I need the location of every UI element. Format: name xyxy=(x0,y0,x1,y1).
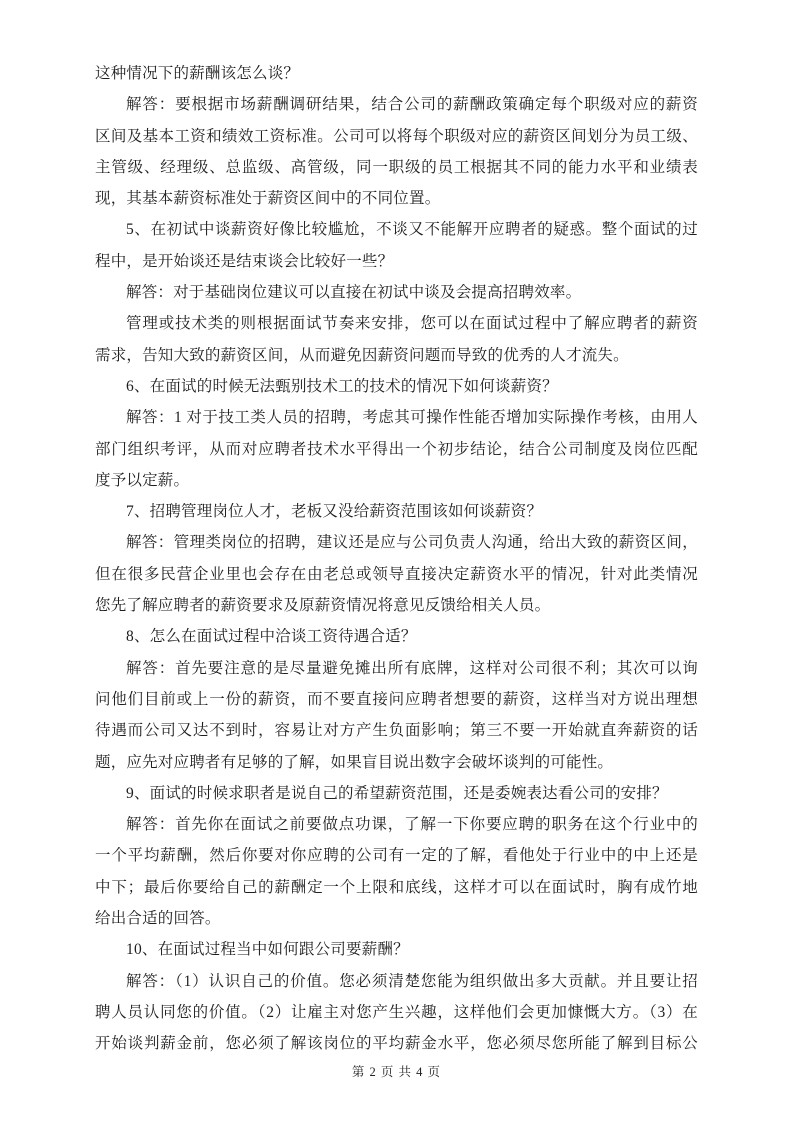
text-line: 聘人员认同您的价值。（2）让雇主对您产生兴趣，这样他们会更加慷慨大方。（3）在 xyxy=(95,997,698,1028)
text-line: 解答：1 对于技工类人员的招聘，考虑其可操作性能否增加实际操作考核，由用人 xyxy=(95,402,698,433)
text-line: 中下；最后你要给自己的薪酬定一个上限和底线，这样才可以在面试时，胸有成竹地 xyxy=(95,872,698,903)
text-line: 区间及基本工资和绩效工资标准。公司可以将每个职级对应的薪资区间划分为员工级、 xyxy=(95,121,698,152)
page-footer: 第 2 页 共 4 页 xyxy=(95,1062,698,1082)
text-line: 9、面试的时候求职者是说自己的希望薪资范围，还是委婉表达看公司的安排？ xyxy=(95,778,698,809)
text-line: 解答：对于基础岗位建议可以直接在初试中谈及会提高招聘效率。 xyxy=(95,277,698,308)
text-line: 这种情况下的薪酬该怎么谈？ xyxy=(95,58,698,89)
text-line: 7、招聘管理岗位人才，老板又没给薪资范围该如何谈薪资？ xyxy=(95,496,698,527)
text-line: 您先了解应聘者的薪资要求及原薪资情况将意见反馈给相关人员。 xyxy=(95,590,698,621)
text-line: 给出合适的回答。 xyxy=(95,903,698,934)
text-line: 开始谈判薪金前，您必须了解该岗位的平均薪金水平，您必须尽您所能了解到目标公 xyxy=(95,1028,698,1059)
text-line: 5、在初试中谈薪资好像比较尴尬，不谈又不能解开应聘者的疑惑。整个面试的过 xyxy=(95,214,698,245)
text-line: 8、怎么在面试过程中洽谈工资待遇合适？ xyxy=(95,621,698,652)
text-line: 解答：首先要注意的是尽量避免摊出所有底牌，这样对公司很不利；其次可以询 xyxy=(95,653,698,684)
text-line: 解答：管理类岗位的招聘，建议还是应与公司负责人沟通，给出大致的薪资区间， xyxy=(95,527,698,558)
text-line: 6、在面试的时候无法甄别技术工的技术的情况下如何谈薪资？ xyxy=(95,371,698,402)
text-line: 需求，告知大致的薪资区间，从而避免因薪资问题而导致的优秀的人才流失。 xyxy=(95,340,698,371)
document-body: 这种情况下的薪酬该怎么谈？解答：要根据市场薪酬调研结果，结合公司的薪酬政策确定每… xyxy=(95,58,698,1060)
text-line: 解答：要根据市场薪酬调研结果，结合公司的薪酬政策确定每个职级对应的薪资 xyxy=(95,89,698,120)
text-line: 待遇而公司又达不到时，容易让对方产生负面影响；第三不要一开始就直奔薪资的话 xyxy=(95,715,698,746)
text-line: 解答：首先你在面试之前要做点功课，了解一下你要应聘的职务在这个行业中的 xyxy=(95,809,698,840)
page-number-label: 第 2 页 共 4 页 xyxy=(352,1065,441,1079)
text-line: 但在很多民营企业里也会存在由老总或领导直接决定薪资水平的情况，针对此类情况 xyxy=(95,559,698,590)
text-line: 问他们目前或上一份的薪资，而不要直接问应聘者想要的薪资，这样当对方说出理想 xyxy=(95,684,698,715)
text-line: 部门组织考评，从而对应聘者技术水平得出一个初步结论，结合公司制度及岗位匹配 xyxy=(95,434,698,465)
text-line: 题，应先对应聘者有足够的了解，如果盲目说出数字会破坏谈判的可能性。 xyxy=(95,747,698,778)
text-line: 解答：（1）认识自己的价值。您必须清楚您能为组织做出多大贡献。并且要让招 xyxy=(95,966,698,997)
text-line: 度予以定薪。 xyxy=(95,465,698,496)
text-line: 程中，是开始谈还是结束谈会比较好一些？ xyxy=(95,246,698,277)
document-page: 这种情况下的薪酬该怎么谈？解答：要根据市场薪酬调研结果，结合公司的薪酬政策确定每… xyxy=(0,0,793,1122)
text-line: 现，其基本薪资标准处于薪资区间中的不同位置。 xyxy=(95,183,698,214)
text-line: 一个平均薪酬，然后你要对你应聘的公司有一定的了解，看他处于行业中的中上还是 xyxy=(95,840,698,871)
text-line: 管理或技术类的则根据面试节奏来安排，您可以在面试过程中了解应聘者的薪资 xyxy=(95,308,698,339)
text-line: 主管级、经理级、总监级、高管级，同一职级的员工根据其不同的能力水平和业绩表 xyxy=(95,152,698,183)
text-line: 10、在面试过程当中如何跟公司要薪酬？ xyxy=(95,934,698,965)
